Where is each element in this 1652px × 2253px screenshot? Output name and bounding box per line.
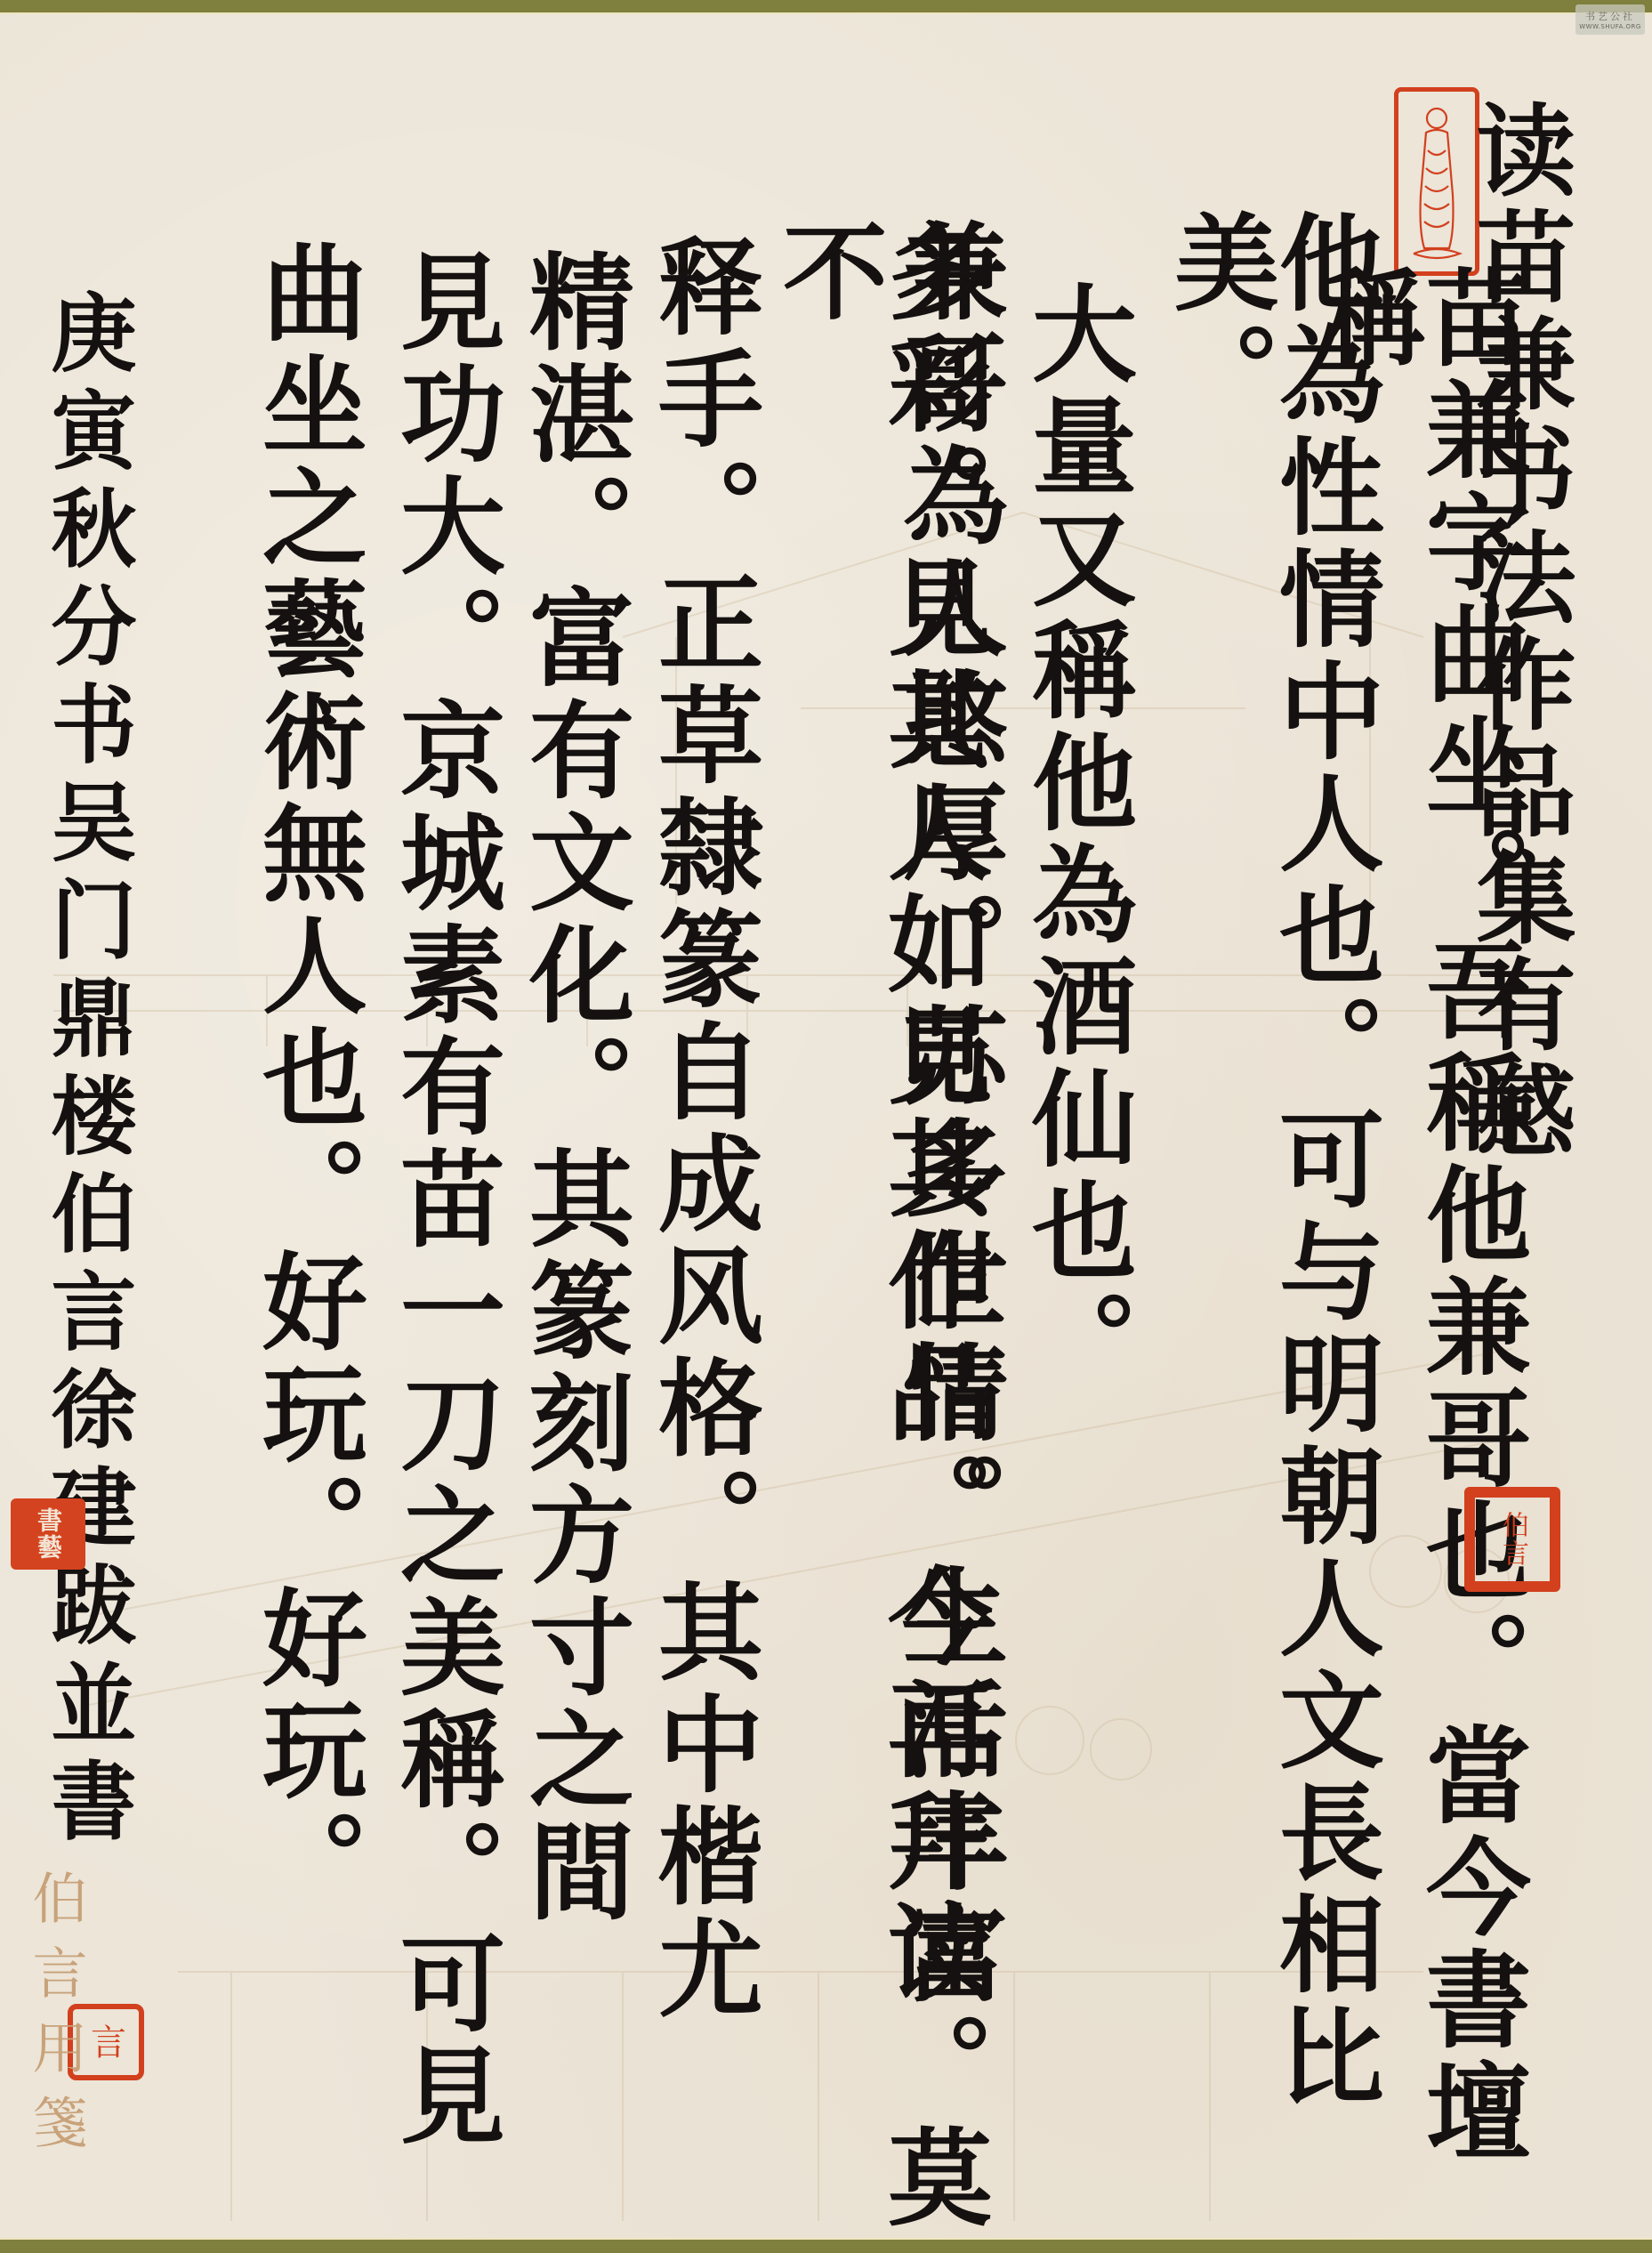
body-column-9: 曲坐之藝術無人也。好玩。好玩。 (254, 238, 359, 1920)
body-column-5: 多彩。見其人如見其作品。今再拜读。莫不 (774, 217, 984, 2238)
top-frame-bar (0, 0, 1652, 14)
name-seal-left: 書藝 (11, 1498, 85, 1570)
calligraphy-paper: 读苗兼书法作品集有感 苗兼字曲坐。吾稱他兼哥也。當今書壇稱 他為性情中人也。可与… (0, 14, 1652, 2238)
body-column-7: 精湛。富有文化。其篆刻方寸之間 (520, 247, 625, 1929)
body-column-8: 見功大。京城素有苗一刀之美稱。可見 (391, 247, 496, 2153)
watermark-url: WWW.SHUFA.ORG (1579, 23, 1641, 30)
watermark-name: 书艺公社 (1585, 9, 1635, 23)
body-column-3: 大量又稱他為酒仙也。 (1023, 279, 1128, 1401)
signature-column: 庚寅秋分书吴门鼎楼伯言徐建跋並書 (44, 288, 130, 1854)
body-column-6: 释手。正草隸篆自成风格。其中楷尤 (649, 232, 754, 2026)
body-column-2: 他為性情中人也。可与明朝人文長相比美。 (1165, 208, 1375, 2238)
stationery-mark: 伯言用箋 (16, 1869, 95, 2168)
name-seal-right: 伯言 (1464, 1487, 1560, 1592)
site-watermark: 书艺公社 WWW.SHUFA.ORG (1575, 4, 1645, 35)
bottom-frame-bar (0, 2238, 1652, 2253)
